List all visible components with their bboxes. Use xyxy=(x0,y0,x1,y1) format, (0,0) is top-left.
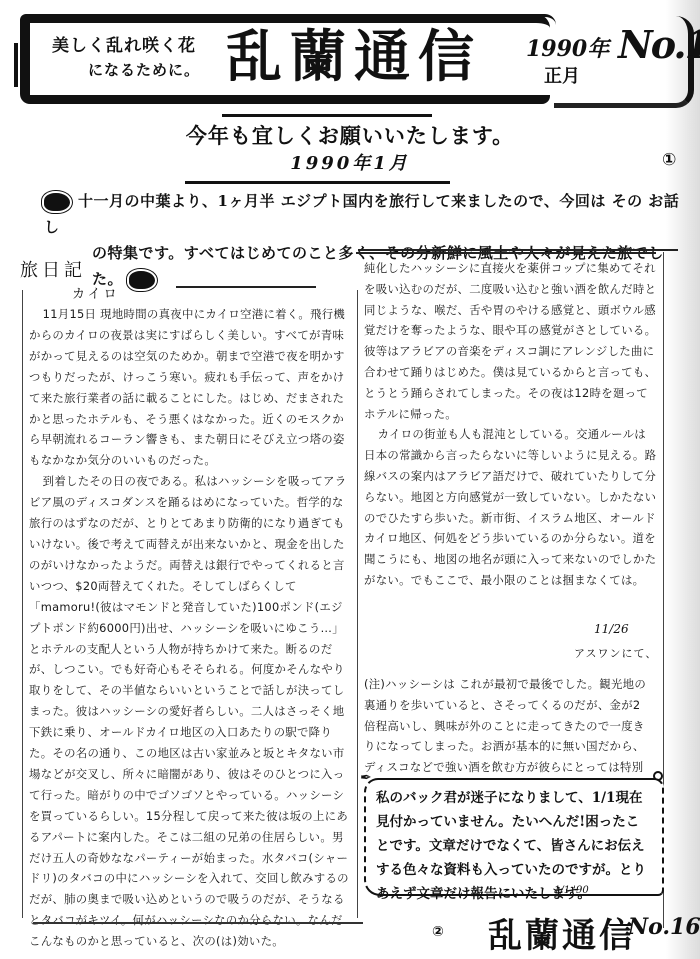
diary-paragraph: カイロの街並も人も混沌としている。交通ルールは日本の常識から言ったらないに等しい… xyxy=(364,424,657,590)
diary-left-column: 11月15日 現地時間の真夜中にカイロ空港に着く。飛行機からのカイロの夜景は実に… xyxy=(22,290,358,918)
new-year-greeting: 今年も宜しくお願いいたします。 1990年1月 xyxy=(0,120,700,176)
tagline-line-2: になるために。 xyxy=(52,58,222,82)
footer-issue-number: No.16 xyxy=(628,914,700,940)
ink-blot-icon xyxy=(129,271,155,289)
diary-paragraph: 11月15日 現地時間の真夜中にカイロ空港に着く。飛行機からのカイロの夜景は実に… xyxy=(29,304,353,471)
ink-blot-icon xyxy=(44,193,70,211)
diary-place-signature: アスワンにて、 xyxy=(574,645,657,661)
greeting-rule xyxy=(185,181,450,184)
diary-paragraph: 純化したハッシーシに直接火を薬併コップに集めてそれを吸い込むのだが、二度吸い込む… xyxy=(364,258,657,424)
issue-year: 1990年 xyxy=(526,32,609,63)
left-column-text: 11月15日 現地時間の真夜中にカイロ空港に着く。飛行機からのカイロの夜景は実に… xyxy=(23,290,357,952)
left-column-bottom-rule xyxy=(33,922,363,924)
masthead-tagline: 美しく乱れ咲く花 になるために。 xyxy=(52,34,222,82)
intro-line-1: 十一月の中葉より、1ヶ月半 エジプト国内を旅行して来ましたので、今回は その お… xyxy=(44,192,679,236)
newsletter-title: 乱蘭通信 xyxy=(226,26,482,88)
diary-paragraph: 到着したその日の夜である。私はハッシーシを吸ってアラビア風のディスコダンスを踊る… xyxy=(29,471,353,952)
masthead-underline xyxy=(222,114,432,117)
right-column-top-rule xyxy=(356,252,656,254)
masthead: 美しく乱れ咲く花 になるために。 乱蘭通信 1990年 正月 No.16 xyxy=(14,6,694,114)
greeting-line-1: 今年も宜しくお願いいたします。 xyxy=(0,120,700,152)
diary-header-rule xyxy=(176,286,316,288)
right-column-text: 純化したハッシーシに直接火を薬併コップに集めてそれを吸い込むのだが、二度吸い込む… xyxy=(362,252,663,591)
issue-month: 正月 xyxy=(544,62,580,88)
issue-number: No.16 xyxy=(618,22,700,67)
lost-bag-message-box: 私のバック君が迷子になりまして、1/1現在見付かっていません。たいへんだ!困った… xyxy=(364,778,664,896)
message-date: 1/1 '90 xyxy=(554,885,589,896)
intro-rule xyxy=(358,249,678,251)
page-number-footer: ② xyxy=(432,924,444,940)
diary-title: 旅日記 xyxy=(20,256,86,282)
footer-title: 乱蘭通信 xyxy=(488,908,636,957)
page-number-top: ① xyxy=(662,150,676,170)
tagline-line-1: 美しく乱れ咲く花 xyxy=(52,36,196,56)
message-text: 私のバック君が迷子になりまして、1/1現在見付かっていません。たいへんだ!困った… xyxy=(376,786,652,906)
diary-date-signature: 11/26 xyxy=(594,622,629,636)
greeting-date: 1990年1月 xyxy=(0,152,700,176)
